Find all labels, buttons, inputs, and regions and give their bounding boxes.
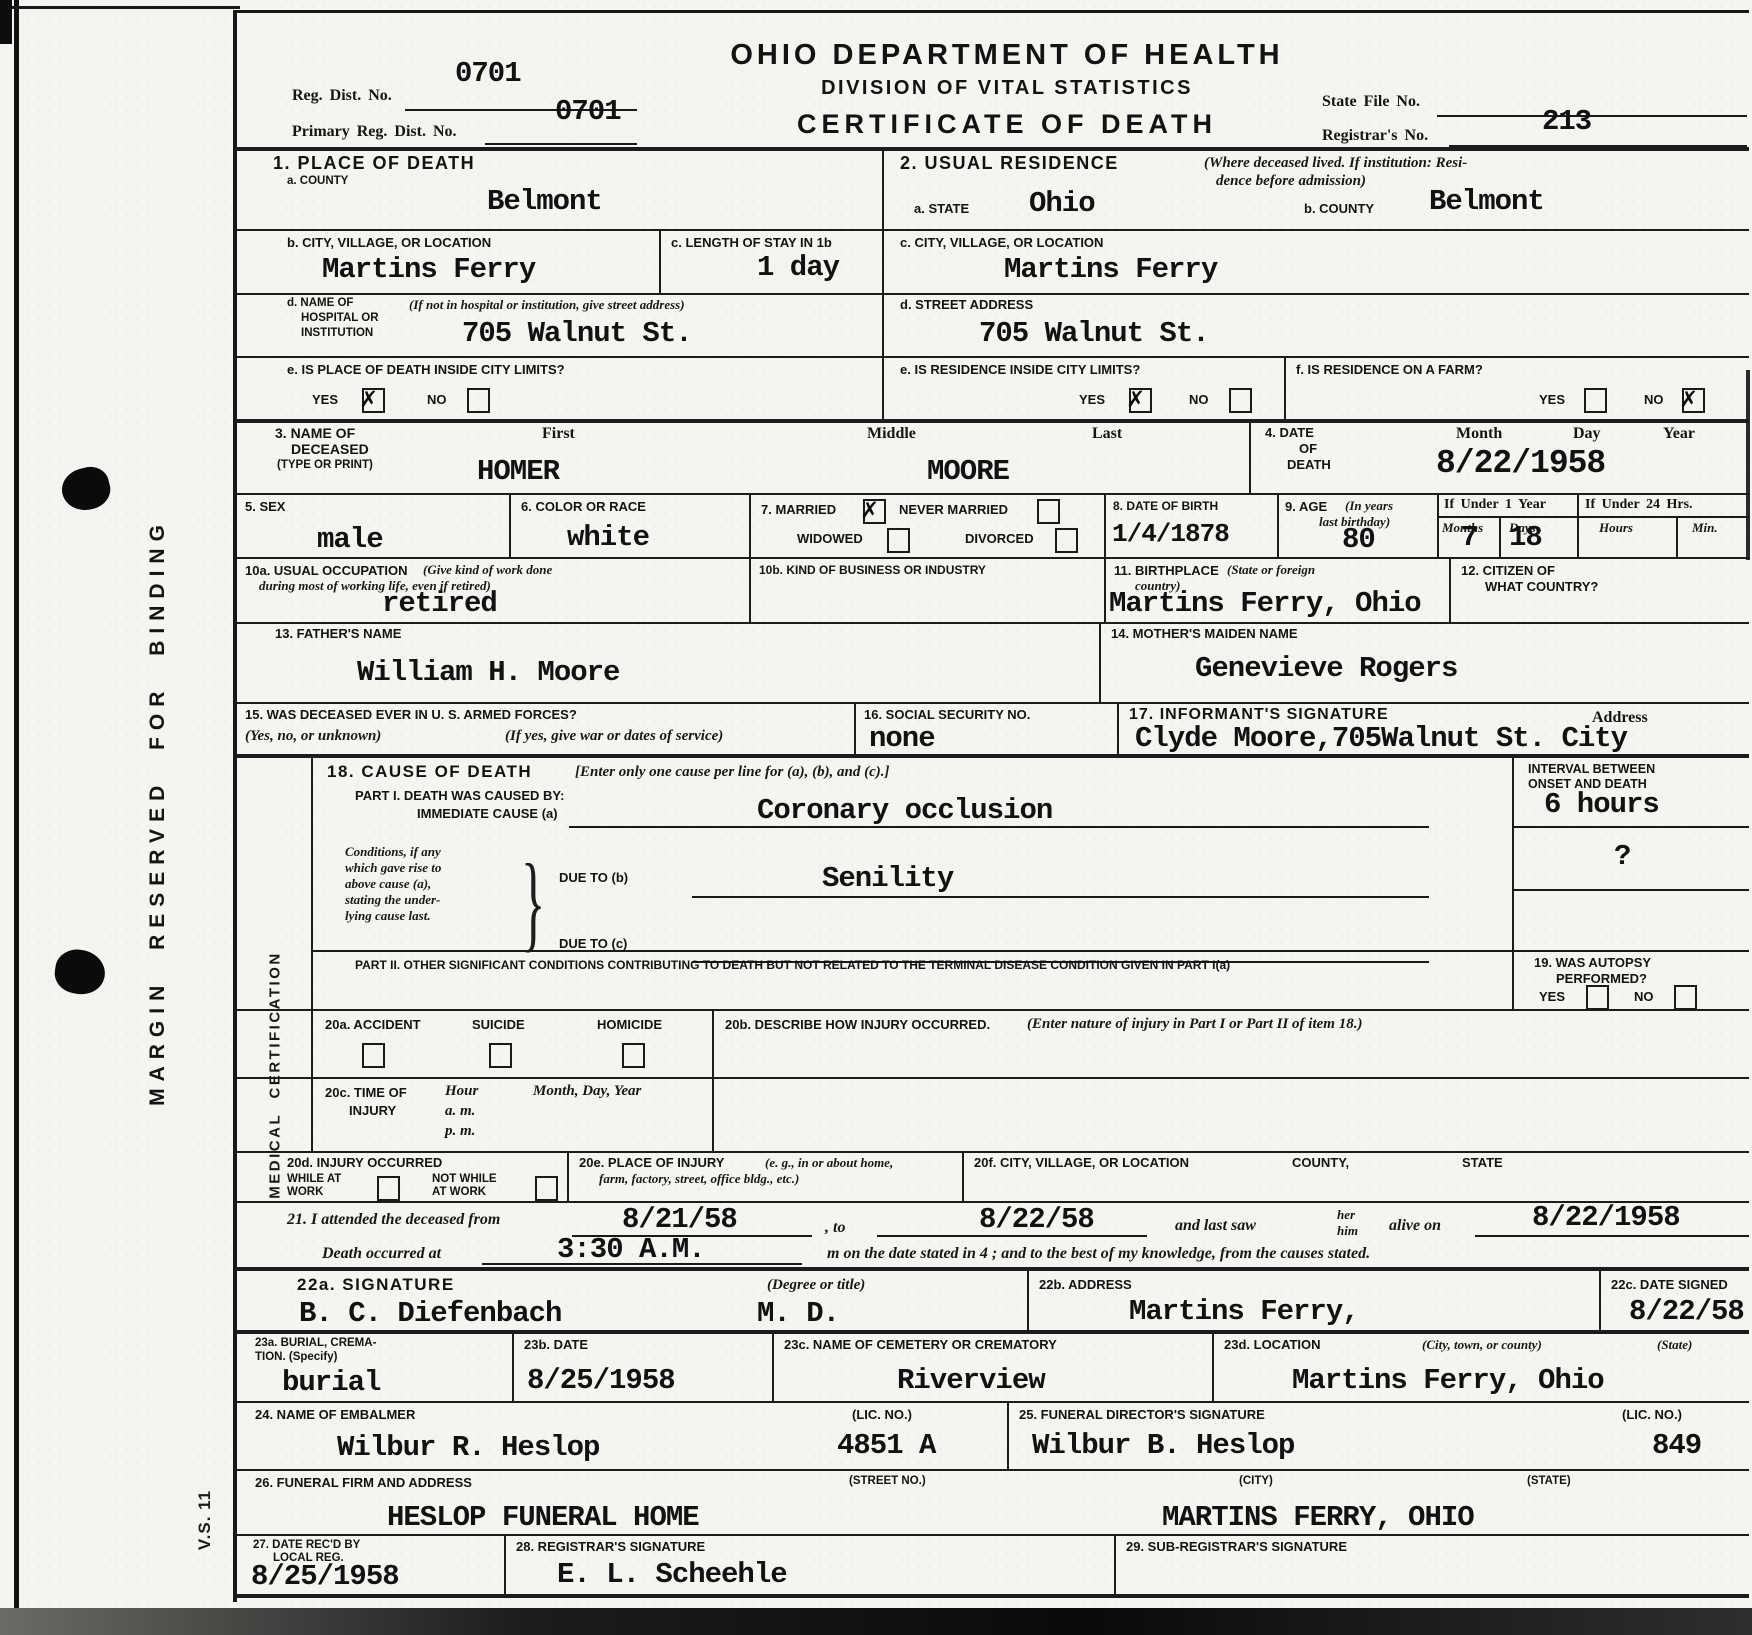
interval-column: INTERVAL BETWEEN ONSET AND DEATH 6 hours…	[1512, 758, 1749, 1009]
reg-dist-label: Reg. Dist. No.	[292, 87, 392, 105]
curly-brace-icon: }	[521, 840, 545, 965]
divider-line	[1514, 889, 1749, 891]
suicide-checkbox	[489, 1043, 512, 1068]
father-label: 13. FATHER'S NAME	[275, 626, 401, 641]
primary-reg-dist-value: 0701	[555, 95, 621, 128]
citizen-label-1: 12. CITIZEN OF	[1461, 563, 1555, 578]
time-injury-blank-cell	[712, 1079, 1749, 1151]
signature-label: 22a. SIGNATURE	[297, 1275, 455, 1295]
suicide-label: SUICIDE	[472, 1017, 525, 1032]
conditions-note-1: Conditions, if any	[345, 844, 441, 860]
widowed-label: WIDOWED	[797, 531, 863, 546]
row-limits: e. IS PLACE OF DEATH INSIDE CITY LIMITS?…	[237, 358, 1749, 423]
informant-value: Clyde Moore,705Walnut St. City	[1135, 722, 1627, 755]
interval-value: 6 hours	[1544, 788, 1659, 821]
divider-line	[1577, 516, 1749, 518]
state-file-label: State File No.	[1322, 93, 1420, 111]
time-injury-label-2: INJURY	[349, 1103, 396, 1118]
scanned-death-certificate: MARGIN RESERVED FOR BINDING V.S. 11 Reg.…	[0, 0, 1752, 1635]
father-value: William H. Moore	[357, 656, 619, 689]
row-time-of-injury: 20c. TIME OF INJURY Hour a. m. p. m. Mon…	[237, 1079, 1749, 1153]
row-funeral-firm: 26. FUNERAL FIRM AND ADDRESS (STREET NO.…	[237, 1471, 1749, 1536]
conditions-note-4: stating the under-	[345, 892, 440, 908]
name-title-3: (TYPE OR PRINT)	[277, 459, 373, 471]
part2-label: PART II. OTHER SIGNIFICANT CONDITIONS CO…	[355, 958, 1230, 972]
never-married-checkbox	[1037, 499, 1060, 524]
injury-occurred-label: 20d. INJURY OCCURRED	[287, 1155, 442, 1170]
death-limits-cell: e. IS PLACE OF DEATH INSIDE CITY LIMITS?…	[237, 358, 884, 419]
under-1-year-header: If Under 1 Year	[1444, 497, 1546, 513]
race-value: white	[567, 521, 649, 554]
married-checkbox	[863, 499, 886, 524]
no-label: NO	[1634, 989, 1654, 1004]
yes-label: YES	[312, 392, 338, 407]
him-label: him	[1337, 1223, 1358, 1239]
describe-injury-label: 20b. DESCRIBE HOW INJURY OCCURRED.	[725, 1017, 990, 1032]
cemetery-value: Riverview	[897, 1364, 1045, 1397]
degree-value: M. D.	[757, 1297, 839, 1330]
form-number-label: V.S. 11	[195, 1490, 215, 1550]
injury-state-label: STATE	[1462, 1155, 1503, 1170]
attended-to-value: 8/22/58	[979, 1203, 1094, 1236]
place-of-injury-note-2: farm, factory, street, office bldg., etc…	[599, 1171, 799, 1187]
director-lic-label: (LIC. NO.)	[1622, 1407, 1682, 1422]
armed-forces-label: 15. WAS DECEASED EVER IN U. S. ARMED FOR…	[245, 707, 577, 722]
blank-line	[1475, 1235, 1749, 1237]
at-work-label: AT WORK	[432, 1186, 486, 1198]
res-county-label: b. COUNTY	[1304, 201, 1374, 216]
divider-line	[1514, 826, 1749, 828]
occupation-value: retired	[382, 587, 497, 620]
divider-line	[1437, 516, 1577, 518]
yes-label: YES	[1539, 392, 1565, 407]
row-accident: 20a. ACCIDENT SUICIDE HOMICIDE 20b. DESC…	[237, 1011, 1749, 1079]
cause-title-note: [Enter only one cause per line for (a), …	[575, 764, 890, 781]
deceased-name-cell: 3. NAME OF DECEASED (TYPE OR PRINT) Firs…	[237, 423, 1249, 493]
res-city-cell: c. CITY, VILLAGE, OR LOCATION Martins Fe…	[884, 231, 1749, 293]
dod-label-1: 4. DATE	[1265, 425, 1314, 440]
cause-a-value: Coronary occlusion	[757, 794, 1052, 827]
no-label: NO	[427, 392, 447, 407]
attended-text-4: alive on	[1389, 1217, 1441, 1235]
blank-line	[692, 896, 1429, 898]
never-married-label: NEVER MARRIED	[899, 502, 1008, 517]
place-of-injury-note-1: (e. g., in or about home,	[765, 1155, 893, 1171]
occupation-label: 10a. USUAL OCCUPATION	[245, 563, 408, 578]
hours-header: Hours	[1599, 520, 1633, 536]
divorced-checkbox	[1055, 528, 1078, 553]
cause-title: 18. CAUSE OF DEATH	[327, 762, 532, 782]
director-lic-value: 849	[1652, 1429, 1701, 1462]
not-while-at-work-checkbox	[535, 1176, 558, 1201]
registrar-sig-label: 28. REGISTRAR'S SIGNATURE	[516, 1539, 705, 1554]
burial-value: burial	[282, 1366, 380, 1399]
medcert-column-border	[311, 758, 313, 1009]
hospital-note: (If not in hospital or institution, give…	[409, 297, 685, 313]
state-label: a. STATE	[914, 201, 969, 216]
birthplace-label: 11. BIRTHPLACE	[1114, 563, 1219, 578]
yes-label: YES	[1079, 392, 1105, 407]
interval-label-1: INTERVAL BETWEEN	[1528, 762, 1655, 776]
occupation-note-1: (Give kind of work done	[423, 562, 552, 578]
res-limits-label: e. IS RESIDENCE INSIDE CITY LIMITS?	[900, 362, 1140, 377]
primary-reg-dist-label: Primary Reg. Dist. No.	[292, 123, 457, 141]
row-place-residence: 1. PLACE OF DEATH a. COUNTY Belmont 2. U…	[237, 151, 1749, 231]
division-title: DIVISION OF VITAL STATISTICS	[657, 77, 1357, 100]
her-label: her	[1337, 1207, 1355, 1223]
while-at-label: WHILE AT	[287, 1173, 341, 1185]
res-city-label: c. CITY, VILLAGE, OR LOCATION	[900, 235, 1103, 250]
embalmer-lic-label: (LIC. NO.)	[852, 1407, 912, 1422]
hospital-label-1: d. NAME OF	[287, 297, 353, 309]
row-occupation: 10a. USUAL OCCUPATION (Give kind of work…	[237, 559, 1749, 624]
hospital-label-2: HOSPITAL OR	[301, 312, 379, 324]
last-name-value: MOORE	[927, 455, 1009, 488]
residence-note-1: (Where deceased lived. If institution: R…	[1204, 155, 1467, 172]
row-attended: 21. I attended the deceased from 8/21/58…	[237, 1203, 1749, 1271]
days-value: 18	[1509, 521, 1542, 554]
describe-injury-note: (Enter nature of injury in Part I or Par…	[1027, 1016, 1362, 1033]
name-title-2: DECEASED	[291, 441, 369, 457]
certificate-form: Reg. Dist. No. 0701 Primary Reg. Dist. N…	[233, 10, 1749, 1602]
injury-city-label: 20f. CITY, VILLAGE, OR LOCATION	[974, 1155, 1189, 1170]
sig-address-value: Martins Ferry,	[1129, 1295, 1359, 1328]
res-city-value: Martins Ferry	[1004, 253, 1217, 286]
last-header: Last	[1092, 425, 1122, 443]
state-file-value: 213	[1542, 105, 1591, 138]
part2-separator	[311, 950, 1512, 952]
street-cell: d. STREET ADDRESS 705 Walnut St.	[884, 295, 1749, 356]
funeral-firm-label: 26. FUNERAL FIRM AND ADDRESS	[255, 1475, 472, 1490]
sex-value: male	[317, 523, 383, 556]
homicide-checkbox	[622, 1043, 645, 1068]
place-of-death-cell: 1. PLACE OF DEATH a. COUNTY Belmont	[237, 151, 884, 229]
department-title: OHIO DEPARTMENT OF HEALTH	[657, 39, 1357, 72]
ssn-label: 16. SOCIAL SECURITY NO.	[864, 707, 1030, 722]
birthplace-value: Martins Ferry, Ohio	[1109, 587, 1421, 620]
first-name-value: HOMER	[477, 455, 559, 488]
blank-line	[1437, 115, 1747, 117]
months-value: 7	[1461, 521, 1477, 554]
hospital-cell: d. NAME OF HOSPITAL OR INSTITUTION (If n…	[237, 295, 884, 356]
hours-min-divider	[1676, 516, 1678, 557]
homicide-label: HOMICIDE	[597, 1017, 662, 1032]
medical-certification-label: MEDICAL CERTIFICATION	[267, 951, 284, 1198]
res-limits-cell: e. IS RESIDENCE INSIDE CITY LIMITS? YES …	[884, 358, 1749, 419]
medcert-column-border	[311, 1011, 313, 1077]
armed-forces-note-1: (Yes, no, or unknown)	[245, 728, 381, 745]
street-no-label: (STREET NO.)	[849, 1475, 926, 1487]
director-label: 25. FUNERAL DIRECTOR'S SIGNATURE	[1019, 1407, 1265, 1422]
street-value: 705 Walnut St.	[979, 317, 1209, 350]
scan-artifact-band	[0, 1608, 1752, 1635]
hour-header: Hour	[445, 1083, 478, 1100]
citizen-label-2: WHAT COUNTRY?	[1485, 579, 1598, 594]
farm-no-checkbox	[1682, 388, 1705, 413]
burial-location-note-2: (State)	[1657, 1337, 1692, 1353]
funeral-firm-city-value: MARTINS FERRY, OHIO	[1162, 1501, 1474, 1534]
age-note-1: (In years	[1345, 498, 1393, 514]
date-signed-value: 8/22/58	[1629, 1295, 1744, 1328]
burial-date-label: 23b. DATE	[524, 1337, 588, 1352]
county-label: a. COUNTY	[287, 175, 348, 187]
burial-label-2: TION. (Specify)	[255, 1351, 337, 1363]
scan-edge-line-top	[0, 6, 240, 9]
immediate-cause-label: IMMEDIATE CAUSE (a)	[417, 806, 558, 821]
interval-b-value: ?	[1614, 840, 1630, 873]
attended-text-3: and last saw	[1175, 1217, 1256, 1235]
res-limits-yes-checkbox	[1129, 388, 1152, 413]
usual-residence-cell: 2. USUAL RESIDENCE (Where deceased lived…	[884, 151, 1749, 229]
registrar-no-label: Registrar's No.	[1322, 127, 1428, 145]
sub-registrar-label: 29. SUB-REGISTRAR'S SIGNATURE	[1126, 1539, 1347, 1554]
death-city-label: b. CITY, VILLAGE, OR LOCATION	[287, 235, 491, 250]
date-signed-label: 22c. DATE SIGNED	[1611, 1277, 1728, 1292]
row-registrar: 27. DATE REC'D BY LOCAL REG. 8/25/1958 2…	[237, 1536, 1749, 1598]
burial-date-value: 8/25/1958	[527, 1364, 675, 1397]
business-label: 10b. KIND OF BUSINESS OR INDUSTRY	[759, 563, 986, 577]
city-label: (CITY)	[1239, 1475, 1273, 1487]
date-received-label-1: 27. DATE REC'D BY	[253, 1539, 360, 1551]
signature-value: B. C. Diefenbach	[299, 1297, 561, 1330]
hospital-label-3: INSTITUTION	[301, 327, 373, 339]
embalmer-lic-value: 4851 A	[837, 1429, 935, 1462]
while-at-work-checkbox	[377, 1176, 400, 1201]
age-value: 80	[1342, 523, 1375, 556]
accident-label: 20a. ACCIDENT	[325, 1017, 421, 1032]
form-header: Reg. Dist. No. 0701 Primary Reg. Dist. N…	[237, 13, 1749, 151]
attended-text-1: 21. I attended the deceased from	[287, 1211, 500, 1229]
death-limits-yes-checkbox	[362, 388, 385, 413]
mother-label: 14. MOTHER'S MAIDEN NAME	[1111, 626, 1298, 641]
widowed-checkbox	[887, 528, 910, 553]
section-cause-of-death: 18. CAUSE OF DEATH [Enter only one cause…	[237, 758, 1749, 1011]
registrar-sig-value: E. L. Scheehle	[557, 1558, 787, 1591]
blank-line	[1449, 145, 1747, 147]
blank-line	[485, 143, 637, 145]
farm-label: f. IS RESIDENCE ON A FARM?	[1296, 362, 1483, 377]
conditions-note-5: lying cause last.	[345, 908, 431, 924]
embalmer-value: Wilbur R. Heslop	[337, 1431, 599, 1464]
months-days-divider	[1499, 516, 1501, 557]
death-city-cell: b. CITY, VILLAGE, OR LOCATION Martins Fe…	[237, 231, 884, 293]
due-to-b-label: DUE TO (b)	[559, 870, 628, 885]
street-label: d. STREET ADDRESS	[900, 297, 1033, 312]
am-label: a. m.	[445, 1103, 475, 1120]
res-limits-no-checkbox	[1229, 388, 1252, 413]
medcert-column-border	[311, 1079, 313, 1151]
race-label: 6. COLOR OR RACE	[521, 499, 646, 514]
ssn-value: none	[869, 722, 935, 755]
funeral-firm-value: HESLOP FUNERAL HOME	[387, 1501, 699, 1534]
burial-location-label: 23d. LOCATION	[1224, 1337, 1321, 1352]
armed-forces-note-2: (If yes, give war or dates of service)	[505, 728, 723, 745]
length-stay-value: 1 day	[757, 251, 839, 284]
death-city-value: Martins Ferry	[322, 253, 535, 286]
divider-line	[1514, 950, 1749, 952]
attended-from-value: 8/21/58	[622, 1203, 737, 1236]
degree-label: (Degree or title)	[767, 1277, 865, 1294]
punch-hole	[52, 946, 108, 997]
work-label: WORK	[287, 1186, 323, 1198]
conditions-note-3: above cause (a),	[345, 876, 431, 892]
residence-note-2: dence before admission)	[1216, 173, 1366, 190]
autopsy-label-2: PERFORMED?	[1556, 971, 1647, 986]
burial-label-1: 23a. BURIAL, CREMA-	[255, 1337, 376, 1349]
middle-header: Middle	[867, 425, 916, 443]
conditions-note-2: which gave rise to	[345, 860, 441, 876]
row-hospital-street: d. NAME OF HOSPITAL OR INSTITUTION (If n…	[237, 295, 1749, 358]
row-personal: 5. SEX male 6. COLOR OR RACE white 7. MA…	[237, 495, 1749, 559]
month-header: Month	[1456, 425, 1502, 443]
sex-label: 5. SEX	[245, 499, 285, 514]
birthplace-note-1: (State or foreign	[1227, 562, 1315, 578]
death-occurred-text: Death occurred at	[322, 1245, 441, 1263]
autopsy-no-checkbox	[1674, 985, 1697, 1010]
place-of-death-title: 1. PLACE OF DEATH	[273, 153, 475, 174]
date-of-death-value: 8/22/1958	[1436, 445, 1605, 482]
min-header: Min.	[1692, 520, 1718, 536]
row-parents: 13. FATHER'S NAME William H. Moore 14. M…	[237, 624, 1749, 704]
row-city: b. CITY, VILLAGE, OR LOCATION Martins Fe…	[237, 231, 1749, 295]
dob-label: 8. DATE OF BIRTH	[1113, 499, 1218, 513]
year-header: Year	[1663, 425, 1695, 443]
length-stay-label: c. LENGTH OF STAY IN 1b	[671, 235, 832, 250]
age-label: 9. AGE	[1285, 499, 1327, 514]
under-24-header: If Under 24 Hrs.	[1585, 497, 1693, 513]
date-of-death-cell: 4. DATE OF DEATH Month Day Year 8/22/195…	[1249, 423, 1749, 493]
state-label: (STATE)	[1527, 1475, 1571, 1487]
death-time-value: 3:30 A.M.	[557, 1233, 705, 1266]
punch-hole	[58, 463, 115, 515]
row-embalmer-director: 24. NAME OF EMBALMER (LIC. NO.) Wilbur R…	[237, 1403, 1749, 1471]
county-value: Belmont	[487, 185, 602, 218]
burial-location-note-1: (City, town, or county)	[1422, 1337, 1542, 1353]
row-forces-ssn-informant: 15. WAS DECEASED EVER IN U. S. ARMED FOR…	[237, 704, 1749, 758]
res-county-value: Belmont	[1429, 185, 1544, 218]
death-occurred-tail: m on the date stated in 4 ; and to the b…	[827, 1245, 1370, 1263]
no-label: NO	[1644, 392, 1664, 407]
time-injury-label-1: 20c. TIME OF	[325, 1085, 407, 1100]
burial-location-value: Martins Ferry, Ohio	[1292, 1364, 1604, 1397]
pm-label: p. m.	[445, 1123, 475, 1140]
autopsy-yes-checkbox	[1586, 985, 1609, 1010]
last-seen-value: 8/22/1958	[1532, 1201, 1680, 1234]
date-received-value: 8/25/1958	[251, 1560, 399, 1593]
director-value: Wilbur B. Heslop	[1032, 1429, 1294, 1462]
binding-margin-label: MARGIN RESERVED FOR BINDING	[146, 518, 170, 1106]
name-title-1: 3. NAME OF	[275, 425, 355, 441]
reg-dist-value: 0701	[455, 57, 521, 90]
sig-address-label: 22b. ADDRESS	[1039, 1277, 1132, 1292]
row-signature: 22a. SIGNATURE (Degree or title) B. C. D…	[237, 1271, 1749, 1334]
divorced-label: DIVORCED	[965, 531, 1034, 546]
yes-label: YES	[1539, 989, 1565, 1004]
state-value: Ohio	[1029, 187, 1095, 220]
dod-label-3: DEATH	[1287, 457, 1331, 472]
row-burial: 23a. BURIAL, CREMA- TION. (Specify) buri…	[237, 1334, 1749, 1403]
row-injury-place: 20d. INJURY OCCURRED WHILE AT WORK NOT W…	[237, 1153, 1749, 1203]
usual-residence-title: 2. USUAL RESIDENCE	[900, 153, 1119, 174]
autopsy-label-1: 19. WAS AUTOPSY	[1534, 955, 1651, 970]
mother-value: Genevieve Rogers	[1195, 652, 1457, 685]
dob-value: 1/4/1878	[1112, 519, 1229, 549]
place-of-injury-label: 20e. PLACE OF INJURY	[579, 1155, 724, 1170]
accident-checkbox	[362, 1043, 385, 1068]
cemetery-label: 23c. NAME OF CEMETERY OR CREMATORY	[784, 1337, 1057, 1352]
injury-county-label: COUNTY,	[1292, 1155, 1349, 1170]
hospital-value: 705 Walnut St.	[462, 317, 692, 350]
death-limits-label: e. IS PLACE OF DEATH INSIDE CITY LIMITS?	[287, 362, 565, 377]
attended-text-2: , to	[825, 1219, 845, 1237]
row-name-date: 3. NAME OF DECEASED (TYPE OR PRINT) Firs…	[237, 423, 1749, 495]
scan-edge-line	[14, 0, 19, 1635]
day-header: Day	[1573, 425, 1601, 443]
cause-b-value: Senility	[822, 862, 953, 895]
scan-corner-artifact	[0, 0, 12, 44]
certificate-title: CERTIFICATE OF DEATH	[657, 109, 1357, 140]
farm-yes-checkbox	[1584, 388, 1607, 413]
not-while-label: NOT WHILE	[432, 1173, 497, 1185]
no-label: NO	[1189, 392, 1209, 407]
part1-label: PART I. DEATH WAS CAUSED BY:	[355, 788, 564, 803]
married-label: 7. MARRIED	[761, 502, 836, 517]
embalmer-label: 24. NAME OF EMBALMER	[255, 1407, 415, 1422]
dod-label-2: OF	[1299, 441, 1317, 456]
month-day-year-header: Month, Day, Year	[533, 1083, 641, 1100]
due-to-c-label: DUE TO (c)	[559, 936, 627, 951]
death-limits-no-checkbox	[467, 388, 490, 413]
first-header: First	[542, 425, 575, 443]
